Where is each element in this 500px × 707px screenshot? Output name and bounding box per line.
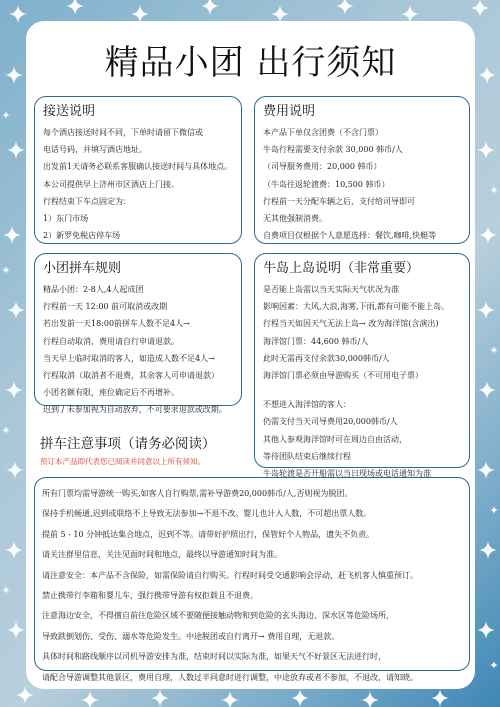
udo-line: 影响因素：大风,大浪,海雾,下雨,都有可能不能上岛。 [263,298,463,315]
carpool-line: 当天早上临时取消的客人，如造成人数不足4人→ [43,350,235,367]
udo-heading: 牛岛上岛说明（非常重要） [263,260,463,278]
carpool-line: 行程自动取消，费用请自行申请退款。 [43,333,235,350]
fees-line: 自费项目仅根据个人意愿选择：餐饮,咖啡,快艇等 [263,227,463,244]
udo-line: 海洋馆门票：44,600 韩币/人 [263,333,463,350]
pickup-card: 接送说明 每个酒店接送时间不同，下单时请留下微信或 电话号码，并填写酒店地址。 … [34,96,242,244]
carpool-line: 迟到 / 未参加视为自动放弃，不可要求退款或改期。 [43,401,235,418]
notice-line: 具体时间和路线顺序以司机导游安排为准，结束时间以实际为准，如果天气不好景区无法进… [42,647,463,667]
udo-line: 海洋馆门票必须由导游购买（不可用电子票） [263,367,463,384]
pickup-line: 1）东门市场 [43,210,235,227]
carpool-line: 小团名额有限，座位确定后不再增补。 [43,384,235,401]
page-title: 精品小团 出行须知 [26,35,475,84]
pickup-line: 2）新罗免税店停车场 [43,227,235,244]
fees-line: 本产品下单仅含团费（不含门票） [263,124,463,141]
fees-line: （牛岛往返轮渡费：10,500 韩币） [263,176,463,193]
pickup-line: 本公司提供早上济州市区酒店上门接。 [43,176,235,193]
fees-line: 牛岛行程需要支付余款 30,000 韩币/人 [263,141,463,158]
udo-line: 行程当天如因天气无法上岛→ 改为海洋馆(含演出) [263,315,463,332]
notice-line: 注意海边安全，不得擅自前往危险区域不要随便接触动物和到危险的玄头海边、深水区等危… [42,606,463,626]
pickup-heading: 接送说明 [43,103,235,121]
carpool-rules-card: 小团拼车规则 精品小团：2-8人,4人起成团 行程前一天 12:00 前可取消或… [34,253,242,406]
carpool-line: 行程取消（取消者不退费，其余客人可申请退款） [43,367,235,384]
udo-line: 此时无需再支付余款30,000韩币/人 [263,350,463,367]
carpool-line: 若出发前一天18:00前拼车人数不足4人→ [43,315,235,332]
pickup-line: 行程结束下车点固定为： [43,193,235,210]
notice-line: 保持手机畅通,迟到或联络不上导致无法参加→不退不改。婴儿也计入人数，不可超出票人… [42,504,463,524]
fees-heading: 费用说明 [263,103,463,121]
fees-card: 费用说明 本产品下单仅含团费（不含门票） 牛岛行程需要支付余款 30,000 韩… [254,96,470,244]
udo-line: 其他人参观海洋馆时可在周边自由活动， [263,431,463,448]
notice-heading: 拼车注意事项（请务必阅读） [40,432,216,452]
carpool-line: 行程前一天 12:00 前可取消或改期 [43,298,235,315]
fees-line: 无其他强制消费。 [263,210,463,227]
udo-line: 等待团队结束后继续行程 [263,448,463,465]
udo-line: 仍需支付当天司导费用20,000韩币/人 [263,413,463,430]
notice-line: 请关注群里信息，关注见面时间和地点，最终以导游通知时间为准。 [42,545,463,565]
notice-line: 所有门票均需导游统一购买,如客人自行购票,需补导游费20,000韩币/人,否则视… [42,484,463,504]
notice-line: 导致跌倒划伤、受伤、溺水等危险发生。中途脱团或自行离开→ 费用自理，无退款。 [42,627,463,647]
udo-island-card: 牛岛上岛说明（非常重要） 是否能上岛需以当天实际天气状况为准 影响因素：大风,大… [254,253,470,468]
spacer [263,384,463,396]
fees-line: 行程前一天分配车辆之后，支付给司导即可 [263,193,463,210]
notice-line: 请注意安全：本产品不含保险，如需保险请自行购买。行程时间受交通影响会浮动，赶飞机… [42,566,463,586]
pickup-line: 电话号码，并填写酒店地址。 [43,141,235,158]
carpool-line: 精品小团：2-8人,4人起成团 [43,281,235,298]
notice-line: 请配合导游调整其他景区，费用自理，人数过半同意时进行调整，中途放弃或者不参加，不… [42,668,463,688]
notice-line: 禁止携带行李箱和婴儿车，强行携带导游有权拒载且不退费。 [42,586,463,606]
notice-subtitle: 预订本产品即代表您已阅读并同意以上所有须知。 [40,456,205,467]
pickup-line: 出发前1天请务必联系客服确认接送时间与具体地点。 [43,158,235,175]
udo-line: 不想进入海洋馆的客人： [263,396,463,413]
notice-line: 提前 5 - 10 分钟抵达集合地点，迟到不等。请带好护照出行，保管好个人物品，… [42,525,463,545]
notice-card: 所有门票均需导游统一购买,如客人自行购票,需补导游费20,000韩币/人,否则视… [34,477,470,671]
fees-line: （司导服务费用：20,000 韩币） [263,158,463,175]
udo-line: 是否能上岛需以当天实际天气状况为准 [263,281,463,298]
carpool-heading: 小团拼车规则 [43,260,235,278]
pickup-line: 每个酒店接送时间不同，下单时请留下微信或 [43,124,235,141]
